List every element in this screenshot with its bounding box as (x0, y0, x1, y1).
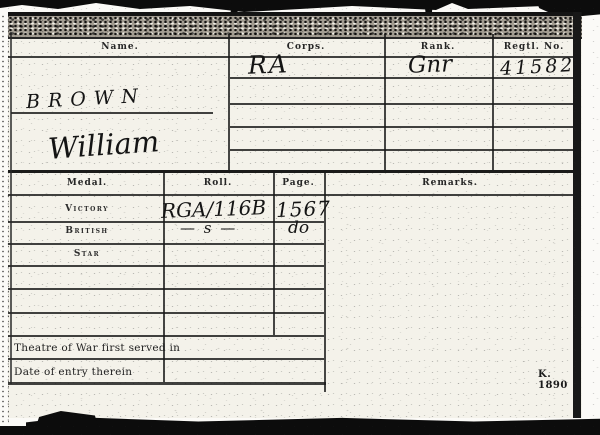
page-column-header: Page. (273, 178, 324, 188)
card-top-edge-texture (8, 12, 582, 39)
card-left-border (10, 32, 12, 384)
grid-hline (8, 358, 324, 360)
grid-hline (8, 221, 324, 223)
regtl-no-handwritten: 41582 (499, 54, 576, 80)
scanned-medal-card-page: Name. Corps. Rank. Regtl. No. BROWN Will… (0, 0, 600, 435)
medal-header-underline (8, 194, 576, 196)
grid-hline (230, 149, 576, 151)
surname-handwritten: BROWN (26, 85, 147, 113)
roll-column-header: Roll. (163, 178, 273, 188)
scan-edge-bottom (26, 417, 600, 435)
table-bottom-line (8, 382, 326, 385)
regtl-no-column-header: Regtl. No. (492, 42, 576, 52)
remarks-column-header: Remarks. (324, 178, 576, 188)
name-column-header: Name. (12, 42, 228, 52)
scan-edge-bottom-left (0, 426, 44, 435)
medal-row-star-label: Star (12, 249, 162, 259)
rank-handwritten: Gnr (408, 51, 453, 79)
section-divider (8, 170, 576, 173)
grid-hline (8, 335, 324, 337)
surname-underline (11, 112, 213, 114)
date-of-entry-label: Date of entry therein (14, 366, 132, 378)
grid-hline (8, 243, 324, 245)
grid-hline (230, 103, 576, 105)
grid-vline (273, 172, 275, 335)
grid-hline (230, 126, 576, 128)
grid-hline (8, 288, 324, 290)
theatre-of-war-label: Theatre of War first served in (14, 342, 180, 354)
card-right-border (573, 12, 581, 418)
medal-column-header: Medal. (12, 178, 162, 188)
medal-row-british-label: British (12, 226, 162, 236)
grid-hline (8, 312, 324, 314)
medal-index-card: Name. Corps. Rank. Regtl. No. BROWN Will… (8, 12, 582, 418)
grid-hline (8, 265, 324, 267)
forename-handwritten: William (47, 124, 160, 166)
header-underline (8, 56, 576, 58)
corps-handwritten: RA (248, 49, 290, 79)
rank-column-header: Rank. (384, 42, 492, 52)
medal-row-victory-label: Victory (12, 204, 162, 214)
